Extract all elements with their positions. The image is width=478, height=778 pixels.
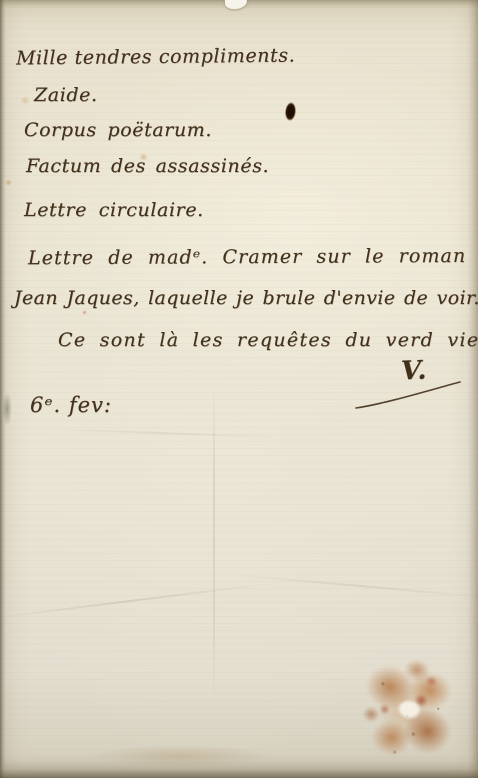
paper-edge-right bbox=[468, 0, 478, 778]
ink-blot bbox=[284, 101, 297, 121]
signature-flourish bbox=[352, 377, 464, 413]
paper-edge-left bbox=[0, 0, 6, 778]
handwritten-line-6: Lettre de madᵉ. Cramer sur le roman de bbox=[28, 245, 478, 270]
foxing-spot bbox=[20, 96, 30, 105]
handwritten-line-7: Jean Jaques, laquelle je brule d'envie d… bbox=[14, 287, 478, 309]
foxing-spot bbox=[82, 310, 87, 315]
paper-crease bbox=[0, 582, 279, 621]
handwritten-line-5: Lettre circulaire. bbox=[24, 199, 204, 221]
manuscript-page: Mille tendres compliments. Zaide. Corpus… bbox=[0, 0, 478, 778]
handwritten-line-1: Mille tendres compliments. bbox=[16, 45, 296, 70]
handwritten-line-4: Factum des assassinés. bbox=[26, 155, 269, 177]
paper-crease bbox=[213, 380, 215, 710]
paper-crease bbox=[40, 428, 280, 438]
date-note: 6ᵉ. fev: bbox=[30, 393, 112, 417]
torn-nick-top-edge bbox=[225, 0, 248, 10]
foxing-spot bbox=[5, 179, 12, 186]
handwritten-line-3: Corpus poëtarum. bbox=[24, 119, 212, 141]
wax-seal-speckle bbox=[346, 646, 467, 774]
handwritten-line-2: Zaide. bbox=[34, 84, 98, 106]
paper-crease bbox=[230, 574, 478, 599]
handwritten-line-8: Ce sont là les requêtes du verd vieillar… bbox=[58, 329, 478, 351]
